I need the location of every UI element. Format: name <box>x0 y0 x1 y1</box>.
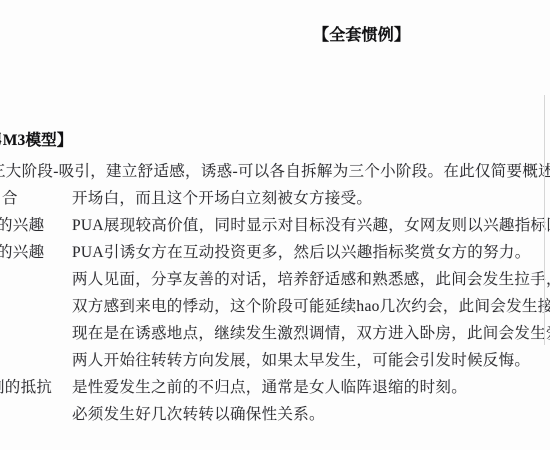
paragraph-row: 三大阶段-吸引，建立舒适感，诱惑-可以各自拆解为三个小阶段。在此仅简要概述 <box>0 161 550 183</box>
row-text: 是性爱发生之前的不归点，通常是女人临阵退缩的时刻。 <box>72 377 467 399</box>
table-row: 的兴趣 PUA展现较高价值，同时显示对目标没有兴趣，女网友则以兴趣指标回 <box>0 215 550 237</box>
table-row: 合 开场白，而且这个开场白立刻被女方接受。 <box>0 188 550 210</box>
row-text: 现在是在诱惑地点，继续发生激烈调情，双方进入卧房，此间会发生爱 <box>72 323 550 345</box>
section-heading: 男M3模型】 <box>0 128 73 150</box>
document-page: 【全套惯例】 男M3模型】 三大阶段-吸引，建立舒适感，诱惑-可以各自拆解为三个… <box>0 0 550 450</box>
table-row: 两人开始往转转方向发展，如果太早发生，可能会引发时候反悔。 <box>0 350 550 372</box>
row-text: 两人开始往转转方向发展，如果太早发生，可能会引发时候反悔。 <box>72 350 530 372</box>
document-title: 【全套惯例】 <box>313 22 410 45</box>
row-text: 双方感到来电的悸动，这个阶段可能延续hao几次约会，此间会发生接 <box>72 296 550 318</box>
table-row: 必须发生好几次转转以确保性关系。 <box>0 404 550 426</box>
row-text: 三大阶段-吸引，建立舒适感，诱惑-可以各自拆解为三个小阶段。在此仅简要概述 <box>0 161 550 183</box>
row-label: 的兴趣 <box>0 242 44 264</box>
row-text: PUA引诱女方在互动投资更多，然后以兴趣指标奖赏女方的努力。 <box>72 242 531 264</box>
row-label: 的兴趣 <box>0 215 44 237</box>
row-label: 刻的抵抗 <box>0 377 52 399</box>
row-text: 必须发生好几次转转以确保性关系。 <box>72 404 325 426</box>
page-edge-line <box>544 95 545 345</box>
table-row: 刻的抵抗 是性爱发生之前的不归点，通常是女人临阵退缩的时刻。 <box>0 377 550 399</box>
row-label: 合 <box>2 188 18 210</box>
table-row: 双方感到来电的悸动，这个阶段可能延续hao几次约会，此间会发生接 <box>0 296 550 318</box>
row-text: 开场白，而且这个开场白立刻被女方接受。 <box>72 188 372 210</box>
table-row: 的兴趣 PUA引诱女方在互动投资更多，然后以兴趣指标奖赏女方的努力。 <box>0 242 550 264</box>
row-text: PUA展现较高价值，同时显示对目标没有兴趣，女网友则以兴趣指标回 <box>72 215 550 237</box>
table-row: 两人见面，分享友善的对话，培养舒适感和熟悉感，此间会发生拉手， <box>0 269 550 291</box>
row-text: 两人见面，分享友善的对话，培养舒适感和熟悉感，此间会发生拉手， <box>72 269 550 291</box>
table-row: 现在是在诱惑地点，继续发生激烈调情，双方进入卧房，此间会发生爱 <box>0 323 550 345</box>
